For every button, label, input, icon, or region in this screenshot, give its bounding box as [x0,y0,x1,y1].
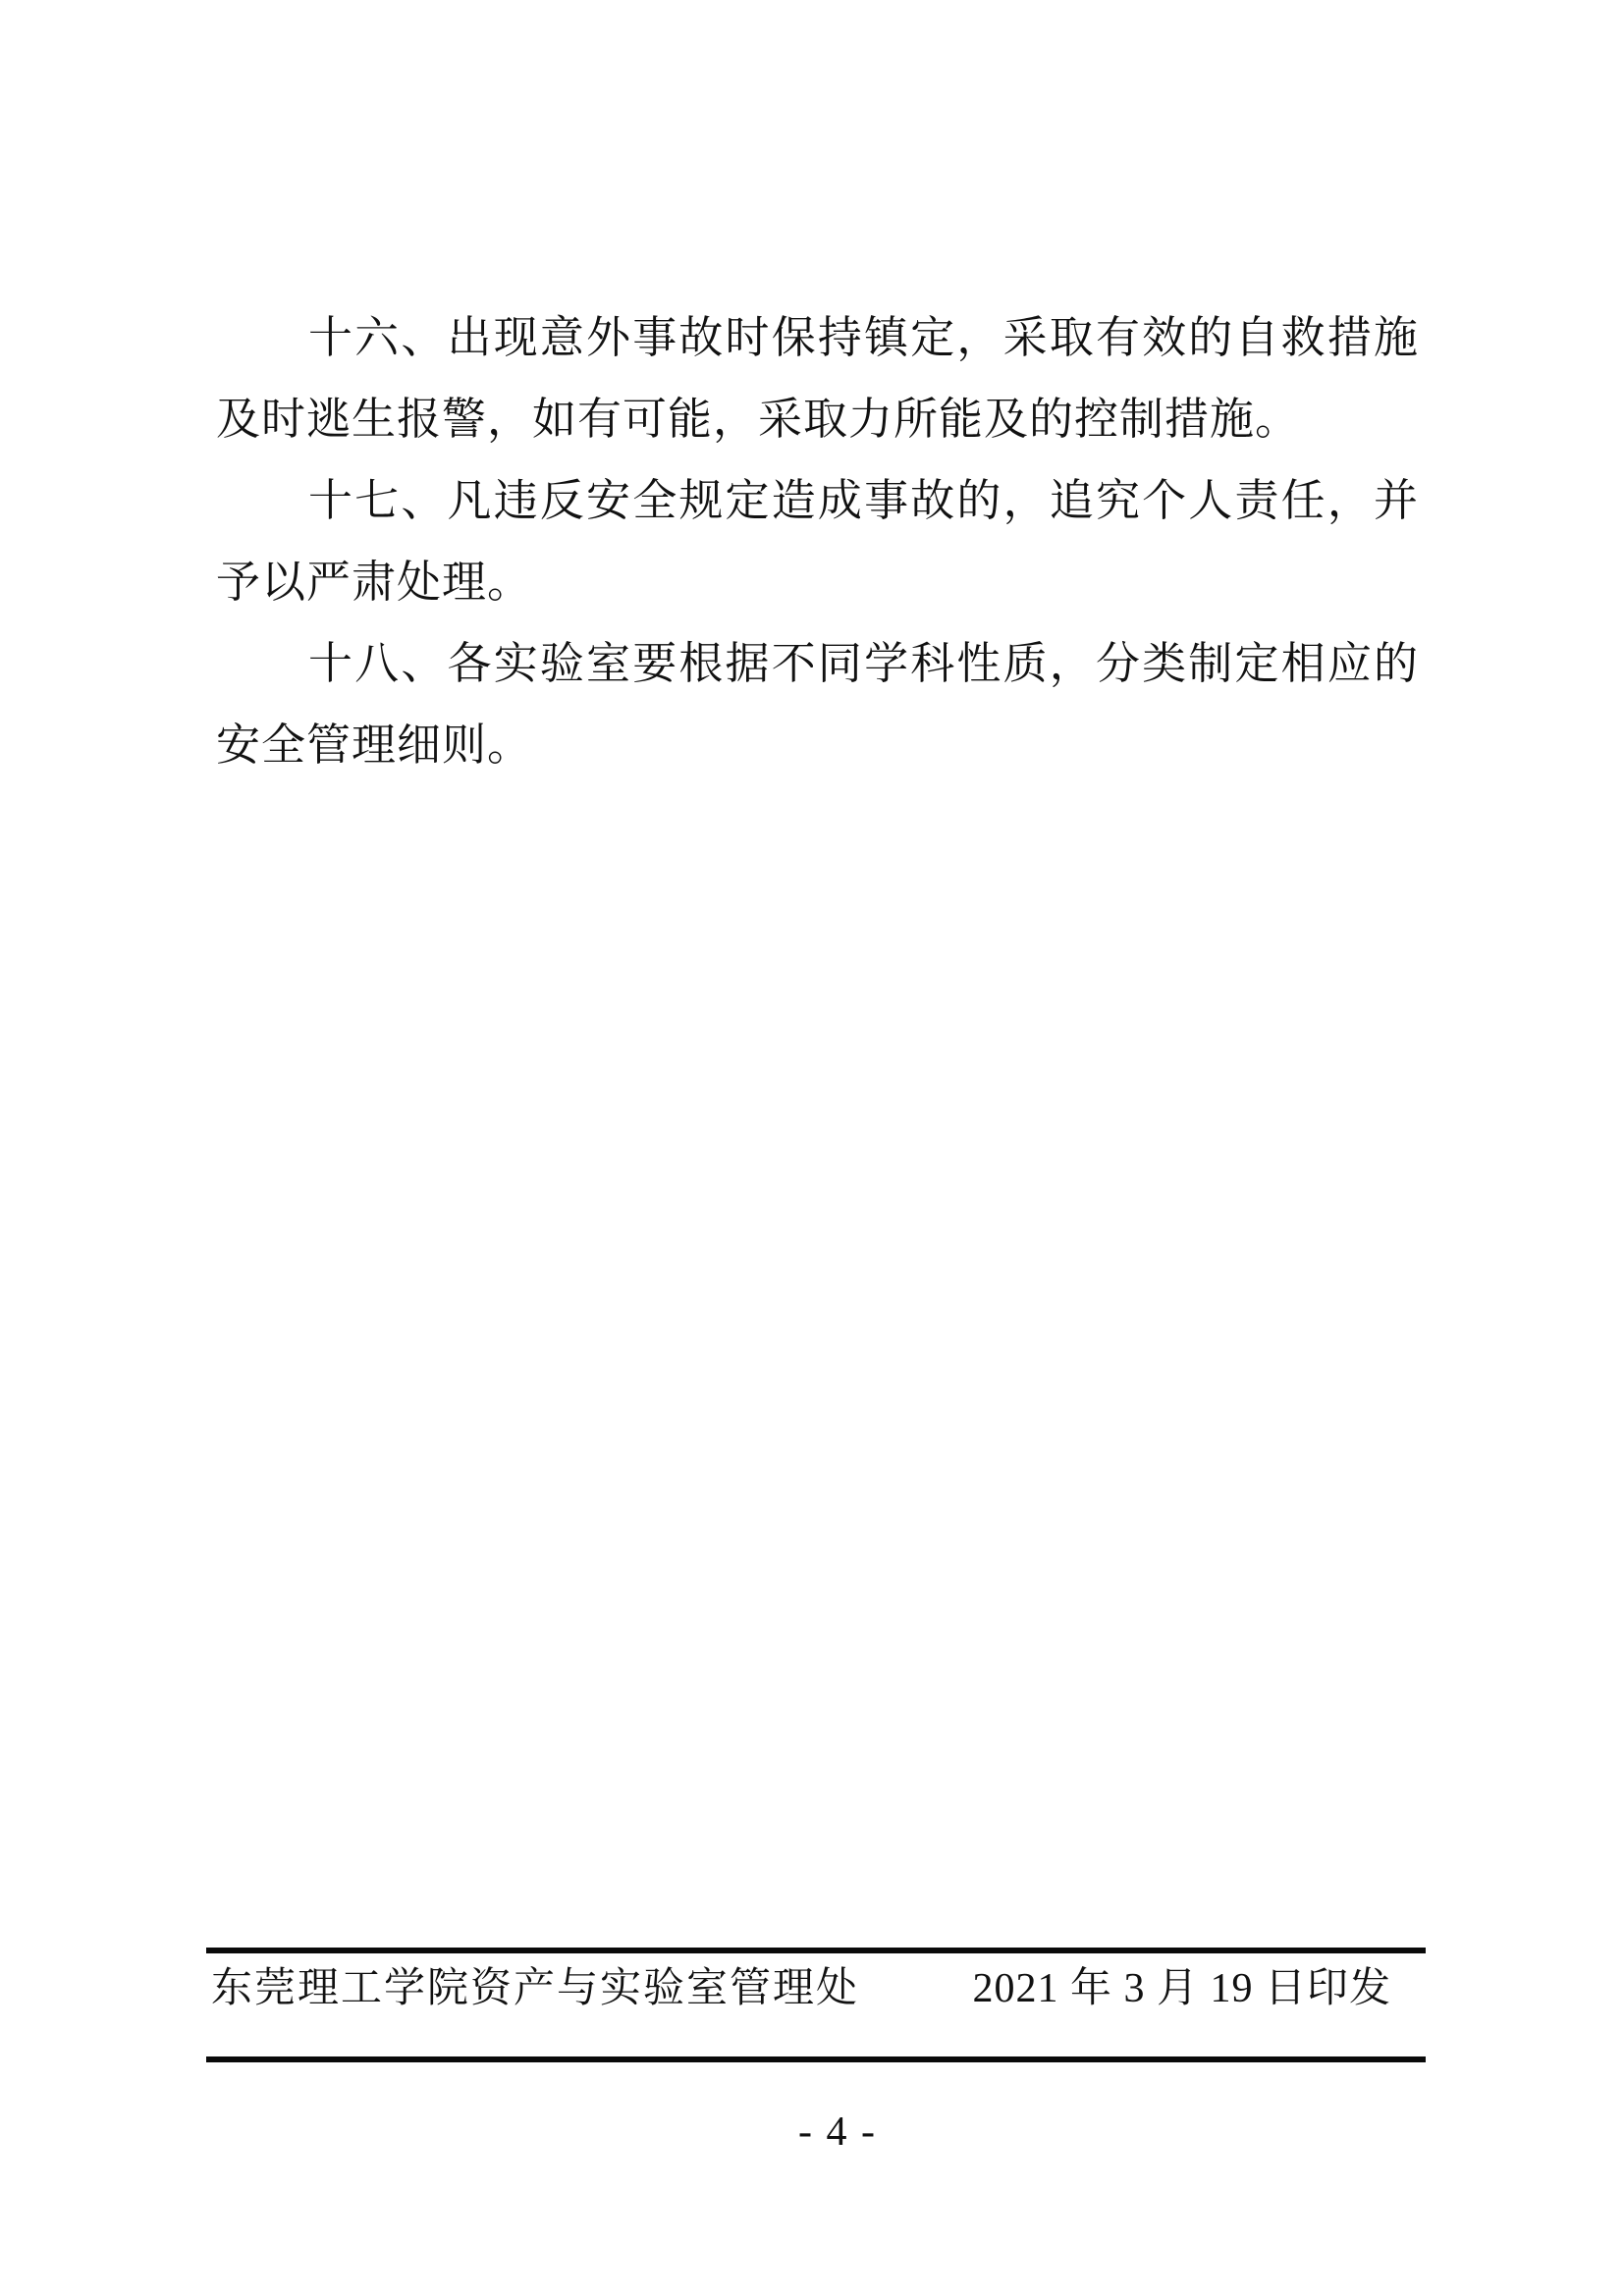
paragraph-item-17: 十七、凡违反安全规定造成事故的，追究个人责任，并予以严肃处理。 [216,460,1419,623]
page-number: - 4 - [0,2109,1624,2156]
paragraph-item-16: 十六、出现意外事故时保持镇定，采取有效的自救措施及时逃生报警，如有可能，采取力所… [216,297,1419,460]
issuing-department: 东莞理工学院资产与实验室管理处 [211,1964,859,2013]
document-body: 十六、出现意外事故时保持镇定，采取有效的自救措施及时逃生报警，如有可能，采取力所… [216,297,1419,786]
document-page: 十六、出现意外事故时保持镇定，采取有效的自救措施及时逃生报警，如有可能，采取力所… [0,0,1624,2296]
paragraph-item-18: 十八、各实验室要根据不同学科性质，分类制定相应的安全管理细则。 [216,623,1419,786]
print-date: 2021 年 3 月 19 日印发 [972,1964,1391,2013]
colophon-bottom-rule [206,2056,1426,2062]
colophon-row: 东莞理工学院资产与实验室管理处 2021 年 3 月 19 日印发 [211,1964,1391,2013]
colophon-top-rule [206,1948,1426,1953]
